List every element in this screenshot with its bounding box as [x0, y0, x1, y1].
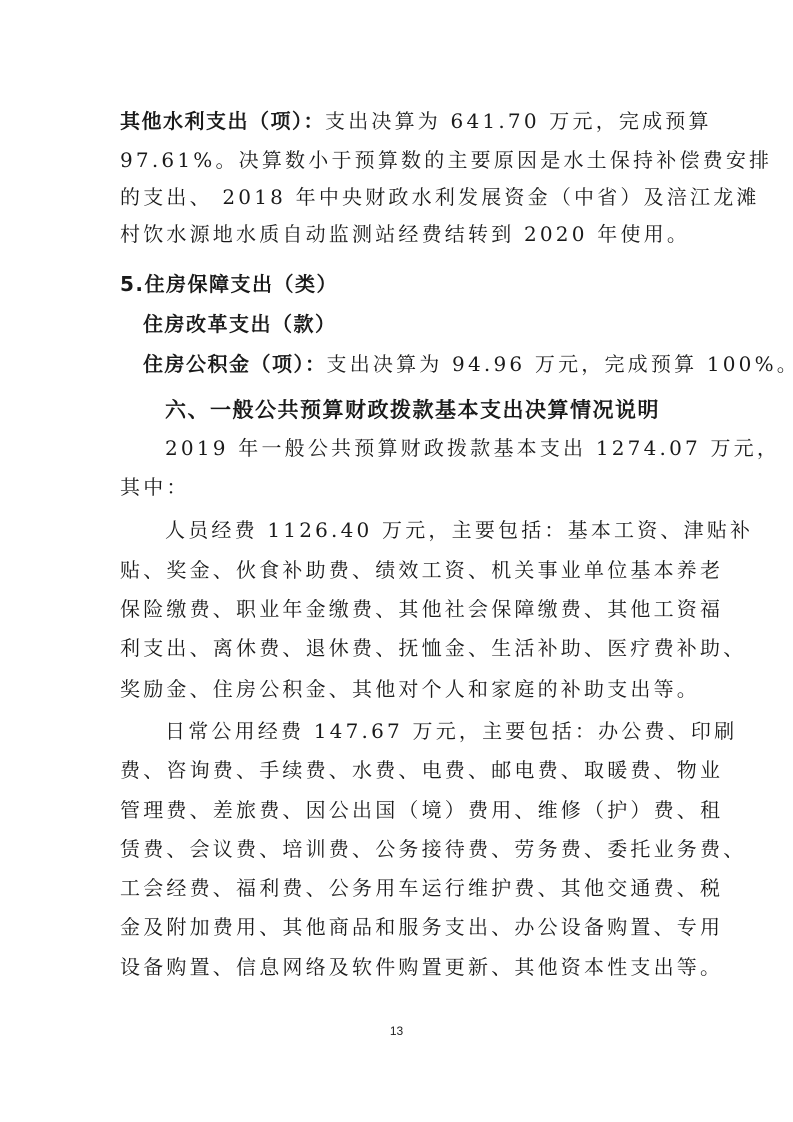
water-item-line-3: 的支出、 2018 年中央财政水利发展资金（中省）及涪江龙滩	[120, 184, 670, 210]
housing-subcategory-heading: 住房改革支出（款）	[143, 311, 703, 337]
housing-item-label: 住房公积金（项）	[143, 352, 305, 376]
public-expense-line-6: 金及附加费用、其他商品和服务支出、办公设备购置、专用	[120, 914, 670, 940]
water-item-text: 支出决算为 641.70 万元，完成预算	[325, 109, 712, 133]
document-page: 其他水利支出（项）：支出决算为 641.70 万元，完成预算 97.61%。决算…	[0, 0, 793, 1122]
housing-item-text: 支出决算为 94.96 万元，完成预算 100%。	[327, 352, 793, 376]
personnel-line-1: 人员经费 1126.40 万元，主要包括：基本工资、津贴补	[165, 517, 670, 543]
personnel-line-4: 利支出、离休费、退休费、抚恤金、生活补助、医疗费补助、	[120, 635, 670, 661]
water-item-line-1: 其他水利支出（项）：支出决算为 641.70 万元，完成预算	[120, 108, 680, 134]
section-six-intro-line-2: 其中：	[120, 474, 680, 500]
public-expense-line-2: 费、咨询费、手续费、水费、电费、邮电费、取暖费、物业	[120, 757, 670, 783]
section-six-heading: 六、一般公共预算财政拨款基本支出决算情况说明	[165, 397, 725, 423]
water-item-label: 其他水利支出（项）	[120, 109, 304, 133]
public-expense-line-4: 赁费、会议费、培训费、公务接待费、劳务费、委托业务费、	[120, 836, 670, 862]
page-number: 13	[0, 1024, 793, 1038]
housing-item-colon: ：	[305, 352, 327, 376]
public-expense-line-3: 管理费、差旅费、因公出国（境）费用、维修（护）费、租	[120, 797, 670, 823]
water-item-line-4: 村饮水源地水质自动监测站经费结转到 2020 年使用。	[120, 221, 680, 247]
personnel-line-3: 保险缴费、职业年金缴费、其他社会保障缴费、其他工资福	[120, 596, 670, 622]
personnel-line-5: 奖励金、住房公积金、其他对个人和家庭的补助支出等。	[120, 676, 680, 702]
public-expense-line-5: 工会经费、福利费、公务用车运行维护费、其他交通费、税	[120, 875, 670, 901]
personnel-line-2: 贴、奖金、伙食补助费、绩效工资、机关事业单位基本养老	[120, 557, 670, 583]
housing-item-line: 住房公积金（项）：支出决算为 94.96 万元，完成预算 100%。	[143, 351, 703, 377]
public-expense-line-1: 日常公用经费 147.67 万元，主要包括：办公费、印刷	[165, 718, 670, 744]
public-expense-line-7: 设备购置、信息网络及软件购置更新、其他资本性支出等。	[120, 954, 680, 980]
section-six-intro-line-1: 2019 年一般公共预算财政拨款基本支出 1274.07 万元，	[165, 435, 670, 461]
water-item-colon: ：	[304, 109, 326, 133]
housing-category-heading: 5.住房保障支出（类）	[120, 271, 680, 297]
water-item-line-2: 97.61%。决算数小于预算数的主要原因是水土保持补偿费安排	[120, 147, 670, 173]
